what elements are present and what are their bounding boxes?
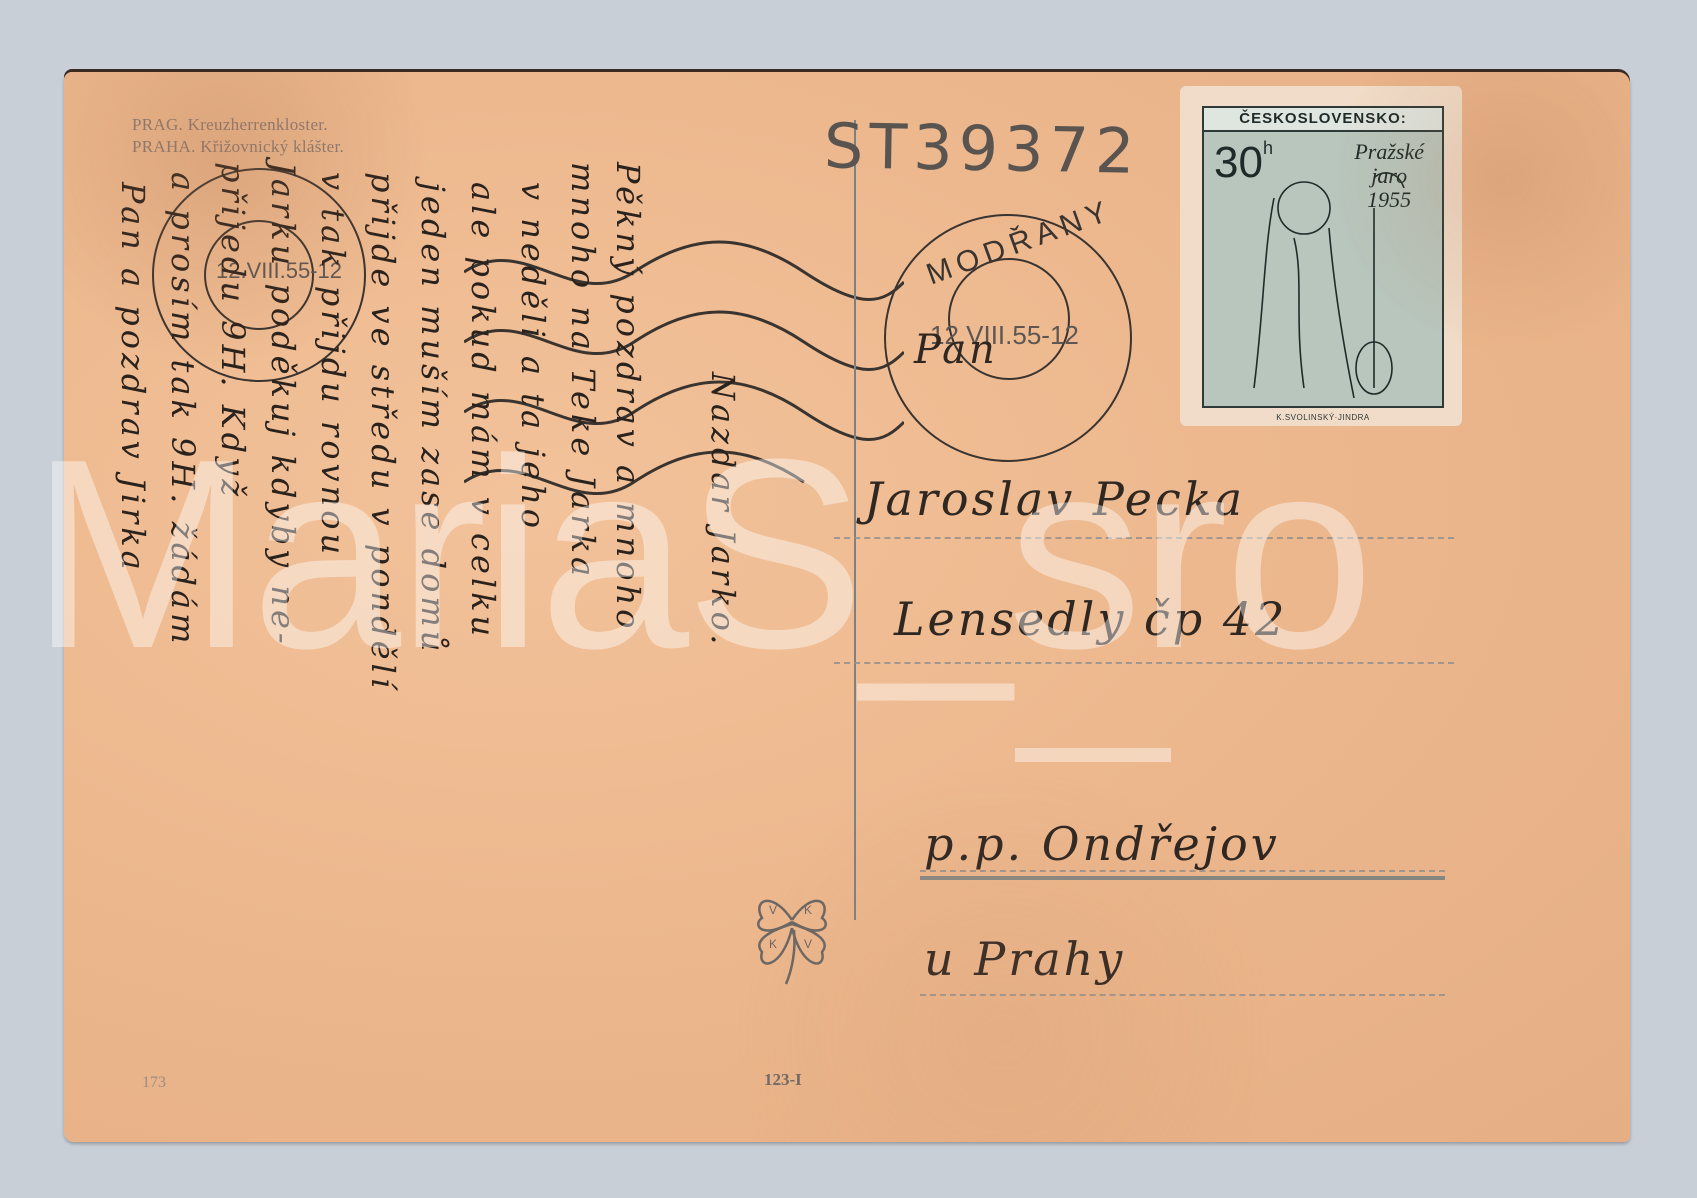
reference-code: ST39372 — [823, 109, 1141, 188]
address-name: Jaroslav Pecka — [864, 472, 1245, 526]
message-line: a prosím tak 9H. žádám — [164, 172, 202, 647]
stamp-country: ČESKOSLOVENSKO: — [1204, 108, 1442, 132]
postcard: PRAG. Kreuzherrenkloster. PRAHA. Křižovn… — [64, 72, 1630, 1142]
address-salutation: Pan — [914, 327, 998, 373]
address-line-3-solid — [920, 876, 1445, 880]
message-line: v tak přijdu rovnou — [314, 172, 352, 558]
message-line: přijde ve středu v pondělí — [364, 172, 402, 692]
svg-text:V: V — [769, 903, 777, 917]
stamp-artist: K.SVOLINSKÝ·JINDRA — [1204, 413, 1442, 422]
address-city: u Prahy — [924, 932, 1125, 986]
svg-text:K: K — [769, 937, 777, 951]
address-post-office: p.p. Ondřejov — [924, 817, 1280, 871]
message-line: v neděli a ta jeho — [514, 182, 552, 532]
address-line-3-dashed — [920, 870, 1445, 872]
postage-stamp: ČESKOSLOVENSKO: 30h Pražské jaro 1955 — [1180, 86, 1462, 426]
address-line-1 — [834, 537, 1454, 539]
caption-german: PRAG. Kreuzherrenkloster. — [132, 114, 344, 136]
svg-text:K: K — [804, 903, 812, 917]
publisher-code: 123-I — [764, 1070, 802, 1090]
watermark-underscore — [1015, 748, 1171, 762]
address-line-4 — [920, 994, 1445, 996]
print-number: 173 — [142, 1074, 166, 1092]
postcard-caption: PRAG. Kreuzherrenkloster. PRAHA. Křižovn… — [132, 114, 344, 158]
message-line: ale pokud mám v celku — [464, 182, 502, 640]
message-line: přijedu 9H. Když — [214, 162, 252, 500]
svg-text:V: V — [804, 937, 812, 951]
message-line: mnoho na Teke Jarka — [564, 162, 602, 580]
message-line: Pan a pozdrav Jirka — [114, 182, 152, 574]
stamp-violinist-illustration-icon — [1234, 168, 1414, 398]
message-line: Jarku poděkuj kdyby ne- — [264, 162, 302, 648]
caption-czech: PRAHA. Křižovnický klášter. — [132, 136, 344, 158]
address-street: Lensedly čp 42 — [894, 592, 1287, 646]
message-line: jeden muším zase domů — [414, 182, 452, 655]
clover-logo-icon: VK KV — [752, 880, 832, 990]
center-divider — [854, 120, 856, 920]
message-line: Nazdar Jarko. — [704, 372, 742, 648]
message-line: Pěkný pozdrav a mnoho — [609, 162, 647, 632]
address-line-2 — [834, 662, 1454, 664]
